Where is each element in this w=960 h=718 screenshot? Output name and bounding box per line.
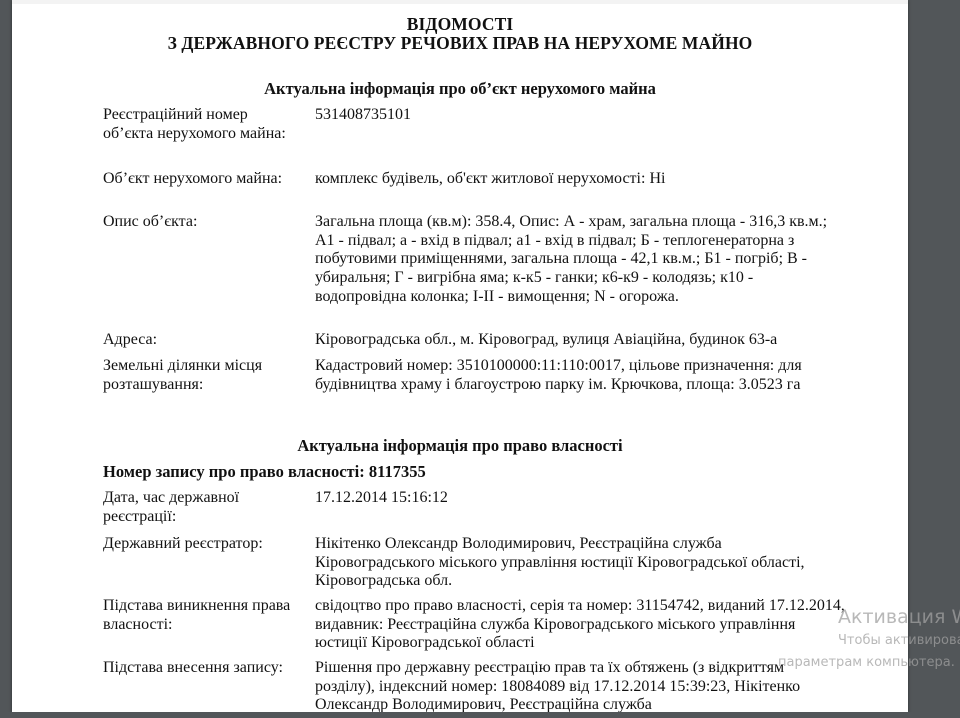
field-value[interactable]: комплекс будівель, об'єкт житлової нерух… bbox=[315, 170, 845, 189]
field-value[interactable]: Кіровоградська обл., м. Кіровоград, вули… bbox=[315, 331, 875, 350]
field-value[interactable]: свідоцтво про право власності, серія та … bbox=[315, 597, 845, 653]
field-label: Опис об’єкта: bbox=[103, 213, 293, 232]
ownership-record-heading: Номер запису про право власності: 811735… bbox=[103, 462, 426, 481]
field-value[interactable]: Рішення про державну реєстрацію прав та … bbox=[315, 659, 845, 712]
field-value[interactable]: 531408735101 bbox=[315, 106, 845, 125]
field-label: Об’єкт нерухомого майна: bbox=[103, 170, 293, 189]
document-page: ВІДОМОСТІ З ДЕРЖАВНОГО РЕЄСТРУ РЕЧОВИХ П… bbox=[12, 0, 908, 712]
field-value[interactable]: Кадастровий номер: 3510100000:11:110:001… bbox=[315, 357, 845, 394]
pdf-viewer: ВІДОМОСТІ З ДЕРЖАВНОГО РЕЄСТРУ РЕЧОВИХ П… bbox=[0, 0, 960, 718]
field-label: Дата, час державної реєстрації: bbox=[103, 489, 293, 526]
field-label: Державний реєстратор: bbox=[103, 535, 293, 554]
field-label: Підстава внесення запису: bbox=[103, 659, 293, 678]
document-title: ВІДОМОСТІ З ДЕРЖАВНОГО РЕЄСТРУ РЕЧОВИХ П… bbox=[12, 15, 908, 53]
viewer-bottom-edge bbox=[0, 712, 960, 718]
field-value[interactable]: Нікітенко Олександр Володимирович, Реєст… bbox=[315, 535, 845, 591]
field-value[interactable]: Загальна площа (кв.м): 358.4, Опис: А - … bbox=[315, 213, 845, 307]
section-heading-ownership: Актуальна інформація про право власності bbox=[12, 436, 908, 455]
document-title-line2: З ДЕРЖАВНОГО РЕЄСТРУ РЕЧОВИХ ПРАВ НА НЕР… bbox=[12, 34, 908, 53]
field-label: Земельні ділянки місця розташування: bbox=[103, 357, 293, 394]
field-label: Адреса: bbox=[103, 331, 293, 350]
field-label: Підстава виникнення права власності: bbox=[103, 597, 293, 634]
page-top-edge bbox=[12, 0, 908, 4]
field-value[interactable]: 17.12.2014 15:16:12 bbox=[315, 489, 845, 508]
document-title-line1: ВІДОМОСТІ bbox=[12, 15, 908, 34]
field-label: Реєстраційний номер об’єкта нерухомого м… bbox=[103, 106, 293, 143]
section-heading-object: Актуальна інформація про об’єкт нерухомо… bbox=[12, 79, 908, 98]
